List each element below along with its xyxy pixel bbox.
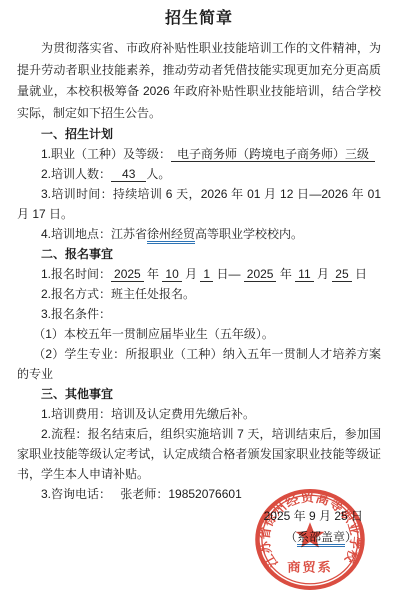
s1-item-headcount: 2.培训人数：43人。 [17,164,381,184]
reg-sep-day-dash: 日— [213,267,244,281]
reg-start-day: 1 [200,267,213,282]
s1-item-headcount-blank: 43 [111,167,146,182]
document-title: 招生简章 [17,8,381,30]
reg-end-year: 2025 [244,267,277,282]
section2-heading: 二、报名事宜 [17,244,381,264]
reg-sep-day2: 日 [352,267,367,281]
s1-item-training-time: 3.培训时间：持续培训 6 天，2026 年 01 月 12 日—2026 年 … [17,184,381,224]
star-icon [296,522,325,547]
s2-item-reg-time: 1.报名时间：2025 年 10 月 1 日— 2025 年 11 月 25 日 [17,264,381,284]
intro-paragraph: 为贯彻落实省、市政府补贴性职业技能培训工作的文件精神，为提升劳动者职业技能素养，… [17,38,381,124]
reg-sep-year: 年 [144,267,163,281]
section3-heading: 三、其他事宜 [17,384,381,404]
s2-condition-1: （1）本校五年一贯制应届毕业生（五年级）。 [17,324,381,344]
reg-start-year: 2025 [111,267,144,282]
s2-item-reg-conditions: 3.报名条件： [17,304,381,324]
s1-item-location: 4.培训地点：江苏省徐州经贸高等职业学校校内。 [17,224,381,244]
reg-end-day: 25 [332,267,351,282]
s2-item-reg-method: 2.报名方式：班主任处报名。 [17,284,381,304]
stamp-center-text: 商贸系 [287,560,332,574]
s1-item-occupation: 1.职业（工种）及等级：电子商务师（跨境电子商务师）三级 [17,144,381,164]
s3-item-fee: 1.培训费用：培训及认定费用先缴后补。 [17,404,381,424]
s1-item-headcount-suffix: 人。 [146,167,170,181]
reg-time-label: 1.报名时间： [41,267,111,281]
reg-sep-year2: 年 [276,267,295,281]
reg-start-month: 10 [162,267,181,282]
s1-item-occupation-blank: 电子商务师（跨境电子商务师）三级 [171,147,375,162]
s3-item-process: 2.流程：报名结束后，组织实施培训 7 天，培训结束后，参加国家职业技能等级认定… [17,424,381,484]
s1-item-location-suffix: 高等职业学校校内。 [195,227,303,241]
reg-end-month: 11 [295,267,313,282]
s2-condition-2: （2）学生专业：所报职业（工种）纳入五年一贯制人才培养方案的专业 [17,344,381,384]
s1-item-location-marked-text: 徐州经贸 [147,227,195,244]
s1-item-headcount-label: 2.培训人数： [41,167,111,181]
department-seal-stamp: 江苏省徐州经贸高等职业学校 商贸系 [253,487,367,592]
reg-sep-month: 月 [182,267,201,281]
section1-heading: 一、招生计划 [17,124,381,144]
s1-item-location-prefix: 4.培训地点：江苏省 [41,227,147,241]
s1-item-occupation-label: 1.职业（工种）及等级： [41,147,171,161]
reg-sep-month2: 月 [314,267,333,281]
